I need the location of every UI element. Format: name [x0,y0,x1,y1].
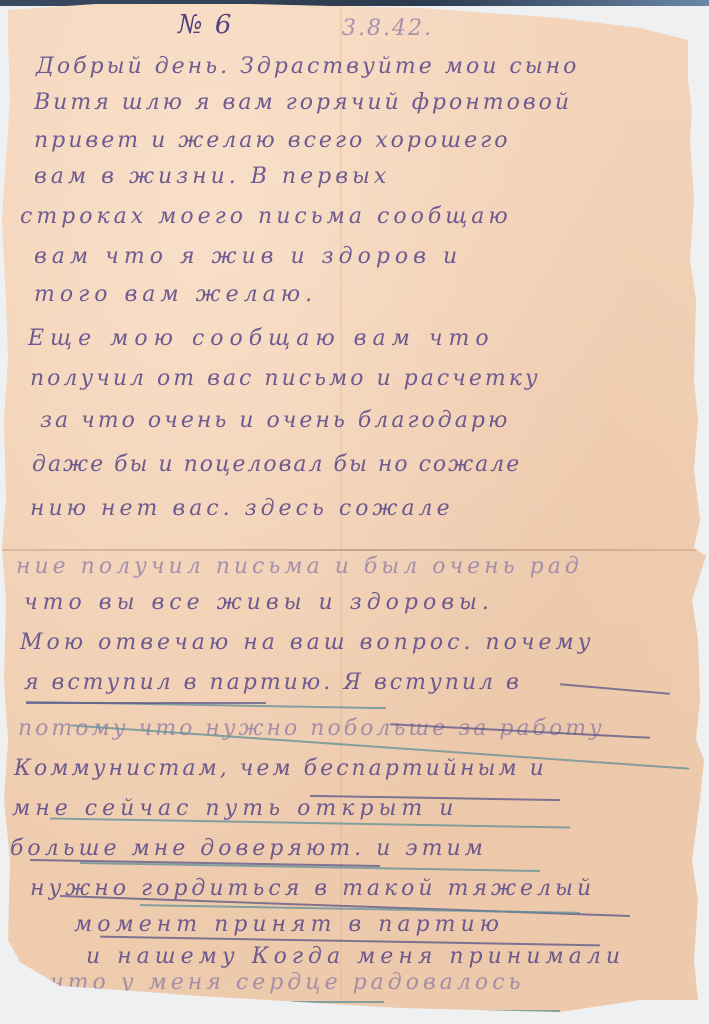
letter-line-1: Добрый день. Здраствуйте мои сыно [36,54,579,79]
letter-paper: № 6 3.8.42. Добрый день. Здраствуйте мои… [0,0,709,1024]
letter-line-12: нию нет вас. здесь сожале [30,496,454,521]
letter-line-4: вам в жизни. В первых [34,164,390,189]
letter-line-16: я вступил в партию. Я вступил в [24,670,522,695]
underline [26,702,266,704]
letter-line-2: Витя шлю я вам горячий фронтовой [34,90,572,115]
letter-line-10: за что очень и очень благодарю [40,408,510,433]
letter-line-13: ние получил письма и был очень рад [16,554,583,579]
letter-line-5: строках моего письма сообщаю [20,204,512,229]
letter-line-8: Еще мою сообщаю вам что [28,326,495,351]
letter-line-18: Коммунистам, чем беспартийным и [14,756,547,781]
letter-line-9: получил от вас письмо и расчетку [30,366,541,391]
letter-line-22: момент принят в партию [74,912,504,937]
letter-line-3: привет и желаю всего хорошего [34,128,510,153]
letter-line-14: что вы все живы и здоровы. [24,590,494,615]
underline [292,1001,384,1003]
letter-line-20: больше мне доверяют. и этим [10,836,487,861]
letter-line-6: вам что я жив и здоров и [34,244,462,269]
underline [560,683,670,695]
letter-line-23: и нашему Когда меня принимали [86,944,625,969]
letter-number: № 6 [178,10,233,40]
letter-date: 3.8.42. [342,16,433,41]
horizontal-fold-crease [0,549,709,551]
letter-line-11: даже бы и поцеловал бы но сожале [32,452,521,477]
letter-line-15: Мою отвечаю на ваш вопрос. почему [20,630,595,655]
letter-line-7: того вам желаю. [34,282,317,307]
underline [420,1010,560,1012]
letter-line-24: что у меня сердце радовалось [50,970,524,995]
